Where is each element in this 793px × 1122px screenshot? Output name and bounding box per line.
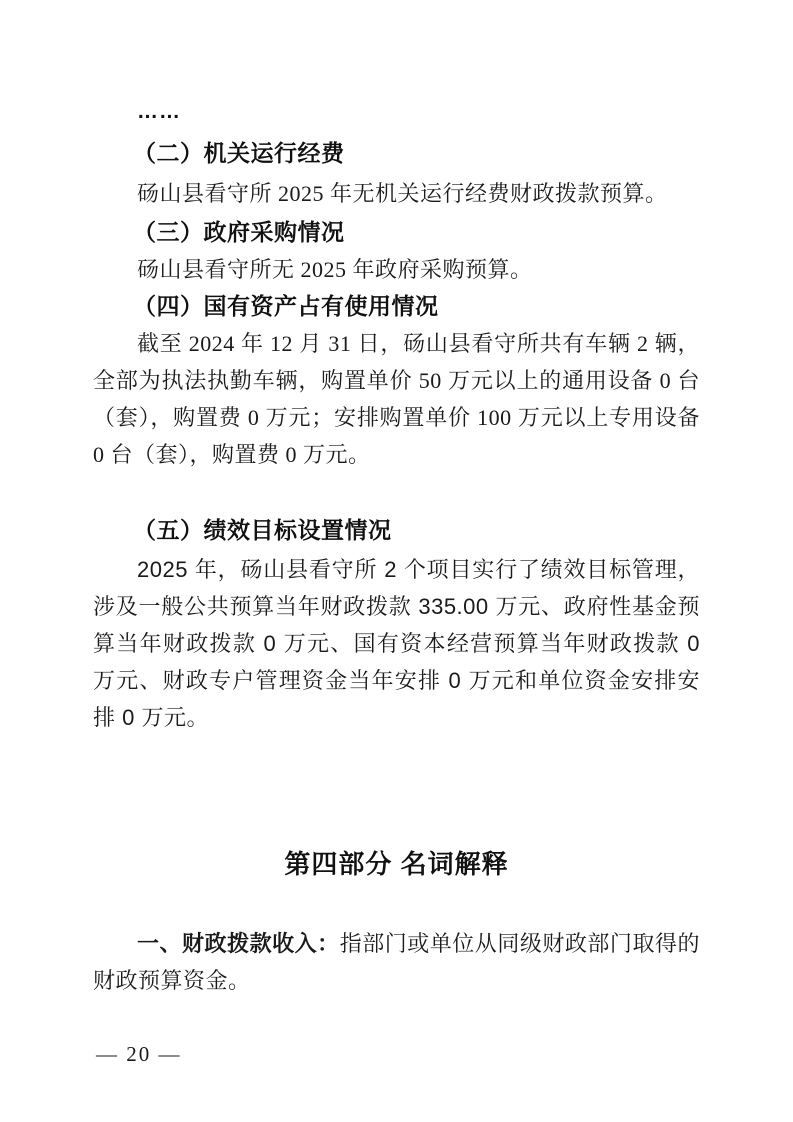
document-page: …… （二）机关运行经费 砀山县看守所 2025 年无机关运行经费财政拨款预算。… [0,0,793,1122]
section-body-performance-targets: 2025 年，砀山县看守所 2 个项目实行了绩效目标管理，涉及一般公共预算当年财… [93,551,700,736]
part-title-glossary: 第四部分 名词解释 [93,844,700,884]
section-heading-organ-operating-funds: （二）机关运行经费 [93,135,700,172]
continuation-ellipsis: …… [93,99,700,129]
term-lead-label: 一、财政拨款收入： [137,931,340,956]
section-heading-performance-targets: （五）绩效目标设置情况 [93,512,700,549]
page-number-footer: — 20 — [96,1042,182,1067]
section-heading-state-assets: （四）国有资产占有使用情况 [93,288,700,325]
section-body-organ-operating-funds: 砀山县看守所 2025 年无机关运行经费财政拨款预算。 [93,175,700,212]
term-definition-fiscal-appropriation-income: 一、财政拨款收入：指部门或单位从同级财政部门取得的财政预算资金。 [93,925,700,999]
section-heading-government-procurement: （三）政府采购情况 [93,214,700,251]
section-body-state-assets: 截至 2024 年 12 月 31 日，砀山县看守所共有车辆 2 辆，全部为执法… [93,325,700,473]
section-body-government-procurement: 砀山县看守所无 2025 年政府采购预算。 [93,251,700,288]
document-content: …… （二）机关运行经费 砀山县看守所 2025 年无机关运行经费财政拨款预算。… [0,0,793,999]
